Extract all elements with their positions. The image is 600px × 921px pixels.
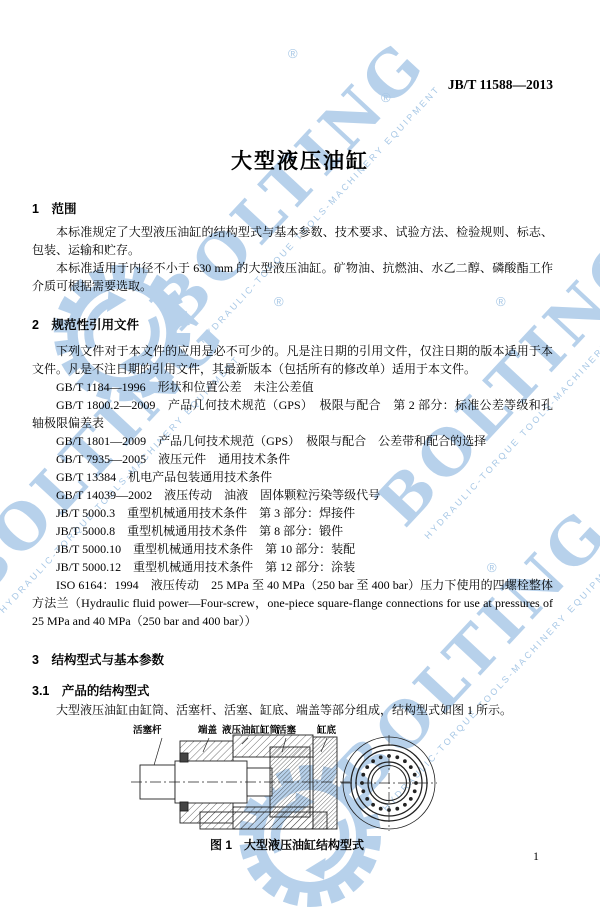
document-page: BOLTING HYDRAULIC-TORQUE TOOLS-MACHINERY… [0,0,600,921]
figure-caption: 图 1 大型液压油缸结构型式 [107,836,467,853]
hydraulic-cylinder-drawing [128,722,458,840]
figure-1: 活塞杆 端盖 液压油缸缸筒 活塞 缸底 [0,0,600,921]
